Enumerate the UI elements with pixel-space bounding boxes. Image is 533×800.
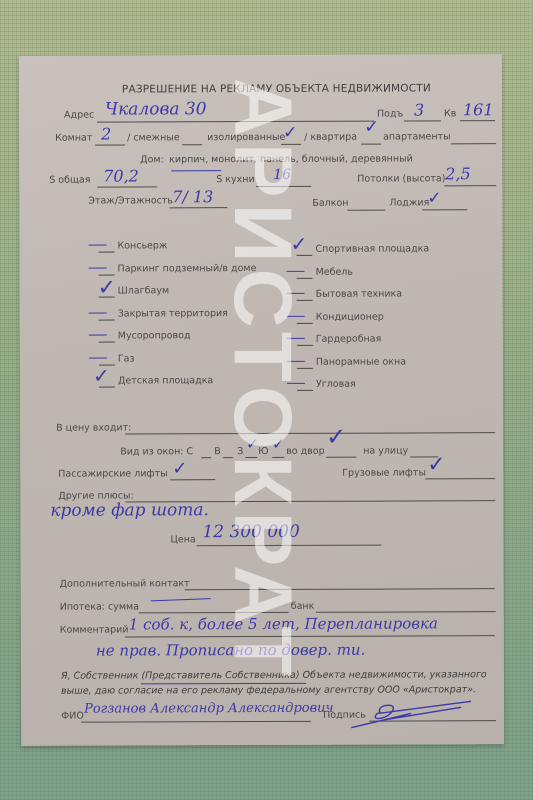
flat-line — [361, 144, 381, 145]
barrier-check-icon: ✓ — [98, 276, 117, 301]
area-total-line — [97, 186, 157, 187]
price-value: 12 300 000 — [202, 522, 299, 542]
view-label: Вид из окон: С — [120, 446, 193, 457]
fio-value: Рогзанов Александр Александрович — [84, 701, 334, 717]
passenger-lifts-label: Пассажирские лифты — [58, 468, 167, 479]
amenity-left-label-1: Паркинг подземный/в доме — [118, 263, 257, 274]
amenity-left-label-2: Шлагбаум — [118, 285, 170, 296]
isolated-line — [281, 144, 301, 145]
amenity-right-label-3: Кондиционер — [316, 311, 384, 322]
cargo-lifts-line — [425, 478, 495, 479]
adjacent-label: / смежные — [127, 132, 180, 143]
amenity-right-dash-mark-4 — [287, 338, 305, 339]
amenity-right-blank-1 — [297, 277, 313, 278]
amenity-left-label-0: Консьерж — [117, 240, 167, 251]
view-yard-label: во двор — [286, 446, 324, 457]
loggia-label: Лоджия — [389, 197, 429, 208]
amenity-right-blank-3 — [297, 322, 313, 323]
amenity-right-dash-mark-6 — [287, 383, 305, 384]
amenity-left-dash-mark-5 — [89, 357, 107, 358]
view-w-label: З — [237, 446, 243, 457]
form-paper: РАЗРЕШЕНИЕ НА РЕКЛАМУ ОБЪЕКТА НЕДВИЖИМОС… — [19, 54, 504, 746]
bank-label: банк — [291, 601, 315, 612]
rooms-label: Комнат — [55, 133, 92, 144]
other-pluses-value: кроме фар шота. — [50, 500, 209, 521]
comment-label: Комментарий — [60, 624, 129, 635]
amenity-right-label-2: Бытовая техника — [316, 289, 403, 300]
apt-line — [460, 120, 495, 121]
amenity-right-label-6: Угловая — [316, 379, 356, 390]
amenity-right-label-4: Гардеробная — [316, 334, 382, 345]
amenity-right-dash-mark-2 — [287, 293, 305, 294]
isolated-check-icon: ✓ — [283, 123, 297, 143]
bank-line — [316, 611, 496, 613]
amenity-left-label-5: Газ — [118, 353, 135, 364]
extra-contact-line — [185, 588, 495, 590]
address-line — [97, 121, 374, 123]
amenity-left-label-4: Мусоропровод — [118, 330, 191, 341]
house-underline — [171, 170, 221, 171]
view-n-line — [201, 457, 211, 458]
amenity-right-label-0: Спортивная площадка — [315, 243, 429, 254]
amenity-left-label-6: Детская площадка — [118, 375, 213, 386]
address-label: Адрес — [64, 110, 94, 121]
view-e-line — [223, 457, 233, 458]
amenity-right-dash-mark-3 — [287, 315, 305, 316]
apt-value: 161 — [463, 100, 494, 119]
view-e-label: В — [214, 446, 221, 457]
entrance-value: 3 — [414, 100, 424, 119]
house-types: кирпич, монолит, панель, блочный, деревя… — [169, 153, 413, 165]
balcony-line — [347, 210, 385, 211]
entrance-line — [404, 120, 441, 121]
flat-check-icon: ✓ — [364, 117, 379, 138]
passenger-lifts-line — [170, 479, 215, 480]
entrance-label: Подъ — [377, 109, 403, 120]
area-kitchen-line — [256, 186, 311, 187]
cargo-lifts-check-icon: ✓ — [427, 452, 446, 477]
ceiling-label: Потолки (высота) — [357, 173, 445, 184]
fio-label: ФИО — [61, 711, 84, 722]
amenity-left-dash-mark-3 — [89, 312, 107, 313]
apt-label: Кв — [444, 108, 456, 119]
fio-line — [81, 721, 311, 723]
adjacent-line — [182, 144, 202, 145]
amenity-left-dash-mark-1 — [89, 267, 107, 268]
amenity-right-check-icon-0: ✓ — [290, 232, 307, 256]
amenity-left-blank-3 — [99, 319, 115, 320]
apartments-label: апартаменты — [383, 131, 451, 142]
price-label: Цена — [170, 534, 195, 545]
amenity-right-blank-6 — [297, 390, 313, 391]
comment-line-1: 1 соб. к, более 5 лет, Перепланировка — [129, 614, 438, 633]
cargo-lifts-label: Грузовые лифты — [342, 467, 426, 478]
isolated-label: изолированные — [207, 132, 285, 143]
amenities-left-list: КонсьержПаркинг подземный/в домеШлагбаум… — [19, 54, 502, 56]
amenity-right-dash-mark-1 — [287, 270, 305, 271]
mortgage-dash — [151, 598, 211, 602]
amenity-right-label-1: Мебель — [316, 266, 353, 277]
amenity-right-blank-4 — [297, 345, 313, 346]
view-w-check-icon: ✓ — [246, 435, 259, 453]
ceiling-value: 2,5 — [445, 164, 471, 183]
amenity-right-dash-mark-5 — [287, 360, 305, 361]
amenity-right-label-5: Панорамные окна — [316, 356, 406, 367]
view-s-line — [272, 457, 284, 458]
amenity-left-blank-0 — [98, 252, 114, 253]
floor-line — [169, 207, 227, 208]
address-value: Чкалова 30 — [105, 99, 207, 119]
balcony-label: Балкон — [312, 198, 348, 209]
view-yard-check-icon: ✓ — [326, 423, 346, 451]
amenities-right-list: Спортивная площадка✓МебельБытовая техник… — [19, 54, 502, 56]
view-s-label: Ю — [258, 446, 268, 457]
extra-contact-label: Дополнительный контакт — [60, 578, 190, 589]
area-total-value: 70,2 — [103, 166, 139, 185]
amenity-left-check-icon-6: ✓ — [93, 364, 110, 388]
price-line — [197, 545, 382, 547]
amenity-left-label-3: Закрытая территория — [118, 308, 228, 319]
flat-label: / квартира — [304, 132, 357, 143]
apartments-line — [451, 143, 496, 144]
view-street-label: на улицу — [363, 445, 408, 456]
rooms-line — [95, 144, 125, 145]
area-total-label: S общая — [49, 175, 90, 186]
consent-text-line-1: Я, Собственник (Представитель Собственни… — [61, 669, 487, 681]
amenity-right-blank-2 — [297, 300, 313, 301]
mortgage-label: Ипотека: сумма — [60, 601, 139, 612]
floor-label: Этаж/Этажность — [88, 195, 173, 206]
view-s-check-icon: ✓ — [272, 435, 285, 453]
price-includes-label: В цену входит: — [56, 422, 131, 433]
rooms-value: 2 — [101, 125, 111, 144]
loggia-line — [422, 209, 467, 210]
area-kitchen-value: 16 — [273, 167, 291, 183]
signature-scribble — [351, 697, 481, 732]
comment-line — [125, 635, 495, 637]
comment-line-2: не прав. Прописано по довер. ти. — [96, 641, 366, 660]
house-label: Дом: — [140, 154, 164, 165]
loggia-check-icon: ✓ — [427, 188, 441, 208]
amenity-left-dash-mark-0 — [88, 245, 106, 246]
mortgage-line — [139, 612, 289, 614]
ceiling-line — [444, 185, 496, 186]
area-kitchen-label: S кухни — [216, 174, 254, 185]
passenger-lifts-check-icon: ✓ — [172, 458, 187, 479]
amenity-left-blank-4 — [99, 342, 115, 343]
consent-text-line-2: выше, даю согласие на его рекламу федера… — [61, 684, 476, 696]
amenity-right-blank-5 — [297, 367, 313, 368]
view-w-line — [245, 457, 257, 458]
amenity-left-dash-mark-4 — [89, 335, 107, 336]
floor-value: 7/ 13 — [172, 187, 213, 206]
form-title: РАЗРЕШЕНИЕ НА РЕКЛАМУ ОБЪЕКТА НЕДВИЖИМОС… — [122, 82, 431, 95]
view-yard-line — [326, 457, 356, 458]
price-includes-line — [125, 432, 495, 434]
